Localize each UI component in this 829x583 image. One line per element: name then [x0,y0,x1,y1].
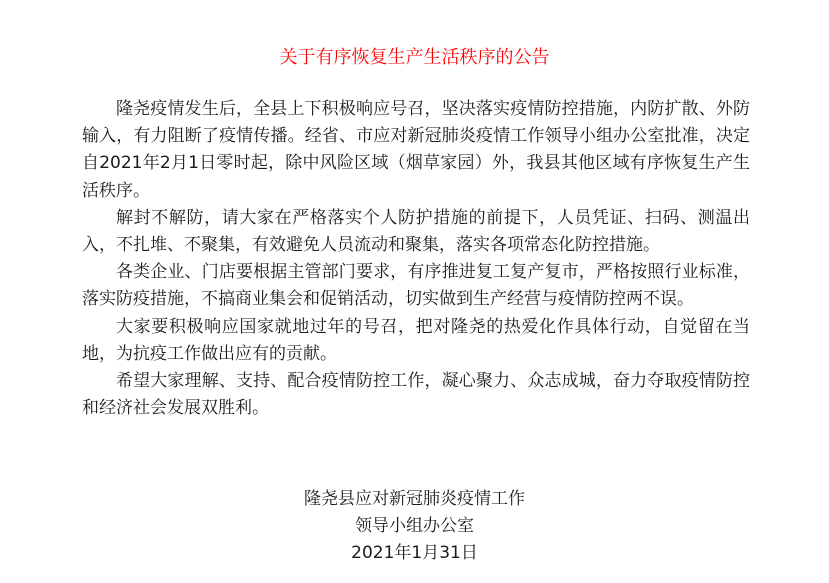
signature-org-line1: 隆尧县应对新冠肺炎疫情工作 [0,486,829,513]
paragraph-closing-appeal: 希望大家理解、支持、配合疫情防控工作，凝心聚力、众志成城，奋力夺取疫情防控和经济… [82,368,750,422]
paragraph-business-resumption: 各类企业、门店要根据主管部门要求，有序推进复工复产复市，严格按照行业标准，落实防… [82,259,750,313]
paragraph-personal-protection: 解封不解防，请大家在严格落实个人防护措施的前提下，人员凭证、扫码、测温出入，不扎… [82,205,750,259]
signature-org-line2: 领导小组办公室 [0,513,829,540]
announcement-title: 关于有序恢复生产生活秩序的公告 [0,44,829,72]
announcement-body: 隆尧疫情发生后，全县上下积极响应号召，坚决落实疫情防控措施，内防扩散、外防输入，… [82,96,750,422]
paragraph-stay-local: 大家要积极响应国家就地过年的号召，把对隆尧的热爱化作具体行动，自觉留在当地，为抗… [82,314,750,368]
paragraph-reopening: 隆尧疫情发生后，全县上下积极响应号召，坚决落实疫情防控措施，内防扩散、外防输入，… [82,96,750,205]
signature-block: 隆尧县应对新冠肺炎疫情工作 领导小组办公室 2021年1月31日 [0,486,829,567]
signature-date: 2021年1月31日 [0,540,829,567]
